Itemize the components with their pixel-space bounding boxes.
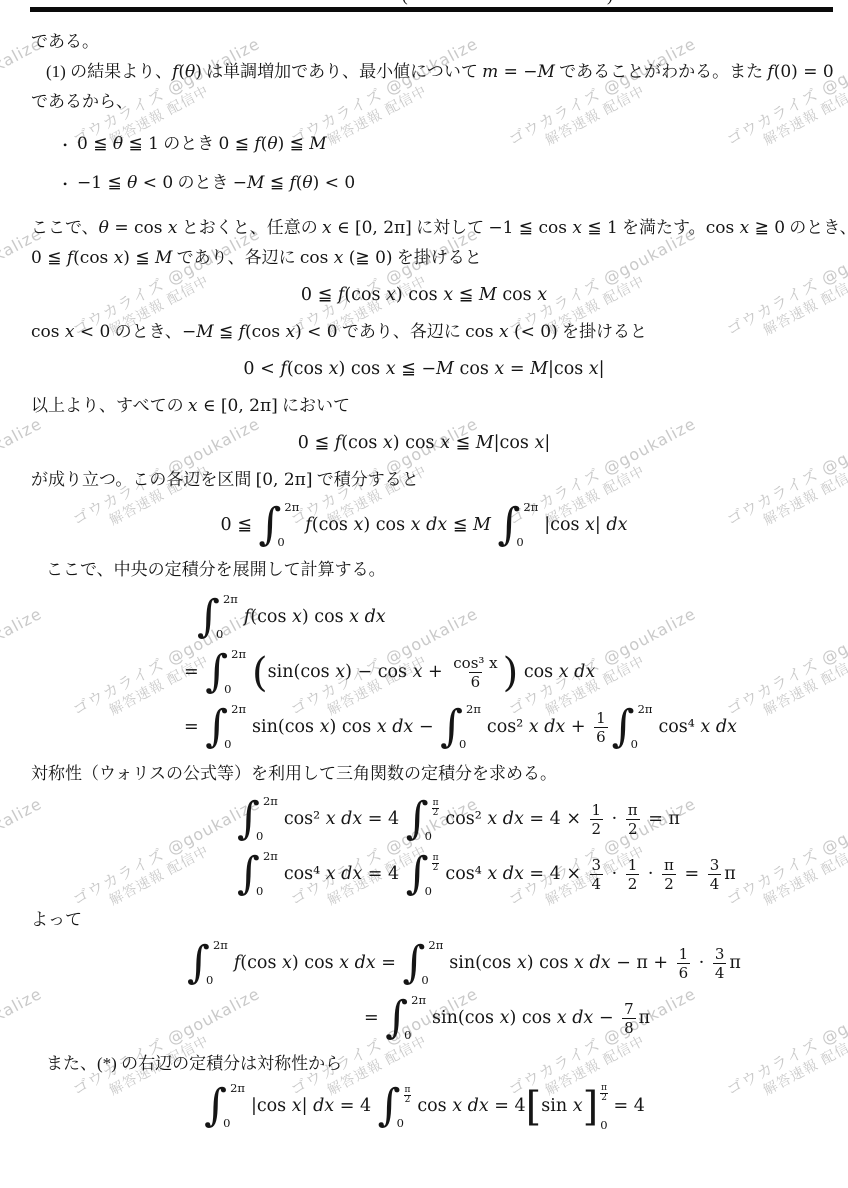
math-variable: M bbox=[155, 248, 172, 268]
math-variable: x bbox=[700, 717, 710, 737]
math-variable: x bbox=[168, 218, 178, 238]
paragraph: である。 bbox=[31, 27, 848, 57]
integral-limit: 0 bbox=[256, 831, 263, 843]
japanese-text: 以上より、すべての bbox=[31, 396, 188, 415]
math-text: ≦ bbox=[447, 515, 473, 535]
integral: ∫2π0 bbox=[258, 501, 303, 549]
math-text: ≦ bbox=[450, 433, 476, 453]
math-text: 0 ≦ bbox=[31, 248, 67, 268]
math-text: cos bbox=[417, 1096, 452, 1116]
math-variable: x bbox=[335, 662, 345, 682]
fraction-denominator: 2 bbox=[662, 874, 676, 893]
integral-limit: 0 bbox=[600, 1120, 608, 1132]
math-variable: x bbox=[537, 285, 547, 305]
mini-fraction-numerator: π bbox=[433, 799, 439, 808]
math-variable: x bbox=[322, 218, 332, 238]
paragraph: (1) の結果より、f(θ) は単調増加であり、最小値について m = −M で… bbox=[46, 57, 848, 87]
integral: ∫π20 bbox=[406, 795, 444, 843]
fraction-denominator: 2 bbox=[626, 874, 640, 893]
equation-line: = ∫2π0sin(cos x) cos x dx − ∫2π0cos² x d… bbox=[0, 703, 848, 751]
equation-line: ∫2π0f(cos x) cos x dx = ∫2π0sin(cos x) c… bbox=[0, 939, 848, 987]
fraction: 12 bbox=[590, 801, 604, 838]
japanese-text: であるから、 bbox=[31, 92, 133, 111]
integral-limits: π20 bbox=[430, 796, 440, 843]
fraction: 16 bbox=[677, 945, 691, 982]
integral-limit: 0 bbox=[425, 886, 432, 898]
mini-fraction-denominator: 2 bbox=[404, 1095, 412, 1105]
japanese-text: のとき bbox=[159, 134, 219, 153]
math-text: sin(cos bbox=[268, 662, 336, 682]
math-text: cos bbox=[497, 285, 537, 305]
math-text: ≦ 1 bbox=[123, 134, 159, 154]
math-variable: dx bbox=[313, 1096, 334, 1116]
math-variable: dx bbox=[359, 607, 386, 627]
equation-row: 0 < f(cos x) cos x ≦ −M cos x = M|cos x| bbox=[243, 359, 604, 379]
math-text: | bbox=[599, 359, 605, 379]
math-variable: x bbox=[529, 717, 539, 737]
math-variable: dx bbox=[462, 1096, 489, 1116]
integral-limit: 2π bbox=[523, 502, 538, 514]
math-text: + bbox=[422, 662, 448, 682]
math-text: ∈ [0, 2π] bbox=[332, 218, 412, 238]
math-variable: dx bbox=[421, 515, 448, 535]
math-text: = 4 × bbox=[524, 809, 587, 829]
equation-centered: 0 ≦ f(cos x) cos x ≦ M cos x bbox=[0, 285, 848, 305]
math-text: |cos bbox=[494, 433, 535, 453]
math-text: ≦ bbox=[453, 285, 479, 305]
math-text: ) ≦ bbox=[123, 248, 155, 268]
fraction: 12 bbox=[626, 856, 640, 893]
integral-limit: 0 bbox=[631, 739, 638, 751]
math-text: = 4 bbox=[489, 1096, 526, 1116]
math-text: · bbox=[642, 864, 659, 884]
math-text: = π bbox=[643, 809, 680, 829]
paragraph: また、(*) の右辺の定積分は対称性から bbox=[46, 1049, 848, 1079]
math-variable: θ bbox=[113, 134, 123, 154]
paragraph: であるから、 bbox=[31, 87, 848, 117]
fraction-numerator: 1 bbox=[594, 709, 608, 727]
math-text: · bbox=[606, 809, 623, 829]
fraction-numerator: 1 bbox=[626, 856, 640, 874]
math-text: ) ≦ bbox=[278, 134, 310, 154]
math-variable: x bbox=[320, 717, 330, 737]
math-text: = 4 × bbox=[524, 864, 587, 884]
integral-limit: π2 bbox=[432, 796, 440, 819]
mini-fraction-numerator: π bbox=[601, 1084, 607, 1093]
math-variable: x bbox=[440, 433, 450, 453]
math-variable: x bbox=[114, 248, 124, 268]
math-text: 0 ≦ bbox=[298, 433, 335, 453]
integral-limit: 0 bbox=[421, 975, 428, 987]
mini-fraction-denominator: 2 bbox=[432, 808, 440, 818]
japanese-text: ここで、 bbox=[31, 218, 99, 237]
math-variable: θ bbox=[302, 173, 312, 193]
math-text: ) cos bbox=[396, 285, 443, 305]
integral-limit: 2π bbox=[231, 649, 246, 661]
integral-limits: 2π0 bbox=[211, 940, 228, 987]
equation-group: ∫2π0f(cos x) cos x dx = ∫2π0sin(cos x) c… bbox=[0, 939, 848, 1042]
math-text: 0 ≦ bbox=[77, 134, 113, 154]
integral-limits: 2π0 bbox=[464, 704, 481, 751]
math-variable: x bbox=[574, 953, 584, 973]
evaluation-limits: π20 bbox=[600, 1081, 608, 1131]
math-text: ) cos bbox=[527, 953, 574, 973]
math-variable: θ bbox=[99, 218, 109, 238]
japanese-text: のとき、 bbox=[785, 218, 848, 237]
math-variable: x bbox=[292, 607, 302, 627]
integral-limit: 0 bbox=[404, 1030, 411, 1042]
math-variable: dx bbox=[497, 809, 524, 829]
math-text: (0) = 0 bbox=[774, 62, 834, 82]
math-variable: x bbox=[559, 662, 569, 682]
math-text: ) < 0 bbox=[295, 322, 338, 342]
math-text: |cos bbox=[251, 1096, 292, 1116]
paragraph: 対称性（ウォリスの公式等）を利用して三角関数の定積分を求める。 bbox=[31, 759, 848, 789]
math-text: − bbox=[233, 173, 247, 193]
math-variable: M bbox=[247, 173, 264, 193]
equation-row: ∫2π0f(cos x) cos x dx bbox=[196, 593, 386, 641]
fraction-denominator: 2 bbox=[626, 819, 640, 838]
math-text: (cos bbox=[73, 248, 114, 268]
math-variable: x bbox=[573, 1096, 583, 1116]
math-text: (cos bbox=[245, 322, 286, 342]
integral-limit: 2π bbox=[428, 940, 443, 952]
equation-line: ∫2π0cos⁴ x dx = 4 ∫π20cos⁴ x dx = 4 × 34… bbox=[0, 850, 848, 898]
mini-fraction-numerator: π bbox=[405, 1086, 411, 1095]
math-variable: x bbox=[292, 1096, 302, 1116]
japanese-text: であることがわかる。また bbox=[555, 62, 768, 81]
math-variable: x bbox=[334, 248, 344, 268]
bullet-list: •0 ≦ θ ≦ 1 のとき 0 ≦ f(θ) ≦ M•−1 ≦ θ < 0 の… bbox=[63, 129, 848, 199]
equation-row: 0 ≦ ∫2π0f(cos x) cos x dx ≦ M ∫2π0|cos x… bbox=[221, 501, 628, 549]
fraction: π2 bbox=[662, 856, 676, 893]
math-text: ≦ 1 bbox=[582, 218, 618, 238]
math-text: cos bbox=[31, 322, 65, 342]
math-text: −1 ≦ bbox=[77, 173, 127, 193]
math-variable: x bbox=[487, 809, 497, 829]
math-variable: M bbox=[476, 433, 494, 453]
math-text: sin(cos bbox=[449, 953, 517, 973]
integral-limits: 2π0 bbox=[282, 502, 299, 549]
math-text: ) cos bbox=[302, 607, 349, 627]
math-text: = 4 bbox=[362, 864, 405, 884]
integral: ∫2π0 bbox=[204, 1082, 249, 1130]
fraction-numerator: 1 bbox=[590, 801, 604, 819]
math-variable: x bbox=[353, 515, 363, 535]
integral-limit: 0 bbox=[224, 684, 231, 696]
math-variable: x bbox=[282, 953, 292, 973]
math-text: (cos bbox=[287, 359, 329, 379]
fraction: 34 bbox=[708, 856, 722, 893]
integral-limits: 2π0 bbox=[229, 649, 246, 696]
bullet-text: −1 ≦ θ < 0 のとき −M ≦ f(θ) < 0 bbox=[77, 168, 355, 198]
japanese-text: のとき bbox=[173, 173, 233, 192]
math-variable: x bbox=[326, 864, 336, 884]
paragraph: cos x < 0 のとき、−M ≦ f(cos x) < 0 であり、各辺に … bbox=[31, 317, 848, 347]
japanese-text: また、(*) の右辺の定積分は対称性から bbox=[46, 1054, 342, 1073]
paragraph: ここで、θ = cos x とおくと、任意の x ∈ [0, 2π] に対して … bbox=[31, 213, 848, 243]
bullet-item: •−1 ≦ θ < 0 のとき −M ≦ f(θ) < 0 bbox=[63, 168, 848, 199]
mini-fraction-denominator: 2 bbox=[432, 863, 440, 873]
paragraph: が成り立つ。この各辺を区間 [0, 2π] で積分すると bbox=[31, 465, 848, 495]
equation-row: = ∫2π0sin(cos x) cos x dx − ∫2π0cos² x d… bbox=[184, 703, 737, 751]
math-variable: x bbox=[443, 285, 453, 305]
japanese-text: 対称性（ウォリスの公式等）を利用して三角関数の定積分を求める。 bbox=[31, 764, 557, 783]
math-text: cos⁴ bbox=[284, 864, 326, 884]
integral-limit: 0 bbox=[397, 1118, 404, 1130]
equation-centered: 0 ≦ f(cos x) cos x ≦ M|cos x| bbox=[0, 433, 848, 453]
equation-centered: ∫2π0|cos x| dx = 4 ∫π20cos x dx = 4[sin … bbox=[0, 1081, 848, 1131]
math-variable: x bbox=[377, 717, 387, 737]
math-variable: x bbox=[383, 433, 393, 453]
integral-limit: 0 bbox=[224, 739, 231, 751]
japanese-text: よって bbox=[31, 910, 82, 929]
math-variable: x bbox=[487, 864, 497, 884]
paragraph: ここで、中央の定積分を展開して計算する。 bbox=[46, 555, 848, 585]
math-variable: x bbox=[188, 396, 198, 416]
math-text: cos bbox=[465, 322, 499, 342]
integral-limit: π2 bbox=[404, 1083, 412, 1106]
integral: ∫2π0 bbox=[612, 703, 657, 751]
integral-limits: 2π0 bbox=[229, 704, 246, 751]
math-variable: M bbox=[309, 134, 326, 154]
math-variable: x bbox=[339, 953, 349, 973]
fraction-numerator: cos³ x bbox=[451, 654, 499, 672]
math-text: ) < 0 bbox=[313, 173, 356, 193]
equation-row: ∫2π0cos⁴ x dx = 4 ∫π20cos⁴ x dx = 4 × 34… bbox=[236, 850, 736, 898]
math-text: ∈ [0, 2π] bbox=[198, 396, 278, 416]
math-variable: dx bbox=[497, 864, 524, 884]
math-variable: x bbox=[411, 515, 421, 535]
math-variable: x bbox=[286, 322, 296, 342]
japanese-text: に対して bbox=[412, 218, 489, 237]
equation-row: ∫2π0f(cos x) cos x dx = ∫2π0sin(cos x) c… bbox=[186, 939, 741, 987]
fraction-numerator: 7 bbox=[622, 1000, 636, 1018]
fraction-denominator: 4 bbox=[708, 874, 722, 893]
equation-row: ∫2π0cos² x dx = 4 ∫π20cos² x dx = 4 × 12… bbox=[236, 795, 680, 843]
japanese-text: である。 bbox=[31, 32, 99, 51]
integral: ∫2π0 bbox=[237, 795, 282, 843]
math-variable: dx bbox=[336, 809, 363, 829]
fraction: 78 bbox=[622, 1000, 636, 1037]
math-variable: x bbox=[386, 285, 396, 305]
math-text: ) bbox=[195, 62, 202, 82]
math-text: sin bbox=[541, 1096, 572, 1116]
math-variable: x bbox=[326, 809, 336, 829]
math-text: < 0 bbox=[137, 173, 173, 193]
integral: ∫2π0 bbox=[385, 994, 430, 1042]
math-variable: x bbox=[589, 359, 599, 379]
math-text: cos bbox=[518, 662, 558, 682]
fraction: π2 bbox=[626, 801, 640, 838]
mini-fraction-numerator: π bbox=[433, 854, 439, 863]
math-variable: dx bbox=[606, 515, 627, 535]
integral-limit: 0 bbox=[425, 831, 432, 843]
math-variable: θ bbox=[267, 134, 277, 154]
integral: ∫2π0 bbox=[205, 648, 250, 696]
math-text: ) cos bbox=[338, 359, 385, 379]
math-variable: x bbox=[557, 1008, 567, 1028]
math-text: cos² bbox=[284, 809, 326, 829]
fraction-denominator: 6 bbox=[469, 672, 483, 691]
japanese-text: において bbox=[278, 396, 350, 415]
equation-row: = ∫2π0sin(cos x) cos x dx − 78π bbox=[364, 994, 650, 1042]
fraction-denominator: 2 bbox=[590, 819, 604, 838]
fraction: 34 bbox=[590, 856, 604, 893]
integral-limit: 2π bbox=[213, 940, 228, 952]
math-variable: θ bbox=[185, 62, 195, 82]
japanese-text: であり、各辺に bbox=[338, 322, 466, 341]
math-variable: dx bbox=[710, 717, 737, 737]
math-variable: x bbox=[494, 359, 504, 379]
equation-group: ∫2π0cos² x dx = 4 ∫π20cos² x dx = 4 × 12… bbox=[0, 795, 848, 898]
math-text: · bbox=[693, 953, 710, 973]
math-text: (cos bbox=[250, 607, 292, 627]
equation-centered: 0 < f(cos x) cos x ≦ −M cos x = M|cos x| bbox=[0, 359, 848, 379]
math-text: |cos bbox=[544, 515, 585, 535]
equation-line: ∫2π0f(cos x) cos x dx bbox=[0, 593, 848, 641]
math-variable: m bbox=[482, 62, 498, 82]
mini-fraction: π2 bbox=[432, 854, 440, 874]
equation-row: 0 ≦ f(cos x) cos x ≦ M cos x bbox=[301, 285, 547, 305]
integral-limit: 0 bbox=[223, 1118, 230, 1130]
integral-limit: 0 bbox=[216, 629, 223, 641]
fraction: 16 bbox=[594, 709, 608, 746]
math-text: ≧ 0 bbox=[749, 218, 785, 238]
integral-limit: 0 bbox=[206, 975, 213, 987]
integral-limit: 0 bbox=[459, 739, 466, 751]
paragraph: よって bbox=[31, 905, 848, 935]
bullet-text: 0 ≦ θ ≦ 1 のとき 0 ≦ f(θ) ≦ M bbox=[77, 129, 327, 159]
math-text: = bbox=[184, 662, 204, 682]
japanese-text: (1) の結果より、 bbox=[46, 62, 172, 81]
integral-limit: 2π bbox=[223, 594, 238, 606]
math-text: π bbox=[729, 953, 741, 973]
integral-limits: 2π0 bbox=[409, 995, 426, 1042]
math-text: = bbox=[679, 864, 705, 884]
math-variable: dx bbox=[349, 953, 376, 973]
integral-limit: π2 bbox=[432, 851, 440, 874]
integral-limit: 0 bbox=[256, 886, 263, 898]
integral-limit: 2π bbox=[466, 704, 481, 716]
fraction-denominator: 6 bbox=[594, 727, 608, 746]
math-text: cos⁴ bbox=[658, 717, 700, 737]
equation-centered: 0 ≦ ∫2π0f(cos x) cos x dx ≦ M ∫2π0|cos x… bbox=[0, 501, 848, 549]
fraction-numerator: 3 bbox=[708, 856, 722, 874]
integral: ∫π20 bbox=[406, 850, 444, 898]
integral-limits: π20 bbox=[430, 851, 440, 898]
math-text: | bbox=[595, 515, 606, 535]
japanese-text: であり、各辺に bbox=[172, 248, 300, 267]
math-variable: M bbox=[196, 322, 213, 342]
integral-limit: 2π bbox=[263, 851, 278, 863]
math-text: (cos bbox=[344, 285, 386, 305]
paragraph: 0 ≦ f(cos x) ≦ M であり、各辺に cos x (≧ 0) を掛け… bbox=[31, 243, 848, 273]
equation-row: ∫2π0|cos x| dx = 4 ∫π20cos x dx = 4[sin … bbox=[203, 1081, 645, 1131]
fraction-denominator: 8 bbox=[622, 1018, 636, 1037]
math-text: sin(cos bbox=[252, 717, 320, 737]
integral: ∫2π0 bbox=[187, 939, 232, 987]
math-text: − bbox=[593, 1008, 619, 1028]
math-text: 0 ≦ bbox=[221, 515, 258, 535]
math-variable: x bbox=[349, 607, 359, 627]
math-variable: x bbox=[740, 218, 750, 238]
math-text: π bbox=[724, 864, 736, 884]
math-text: = bbox=[184, 717, 204, 737]
math-text: −1 ≦ cos bbox=[488, 218, 572, 238]
math-text: = 4 bbox=[334, 1096, 377, 1116]
math-text: (cos bbox=[312, 515, 354, 535]
math-text: = 4 bbox=[362, 809, 405, 829]
japanese-text: を掛けると bbox=[558, 322, 647, 341]
math-variable: dx bbox=[539, 717, 566, 737]
equation-row: = ∫2π0(sin(cos x) − cos x + cos³ x6) cos… bbox=[184, 648, 595, 696]
integral-limits: 2π0 bbox=[521, 502, 538, 549]
math-text: ) cos bbox=[292, 953, 339, 973]
integral: ∫2π0 bbox=[205, 703, 250, 751]
math-text: 0 ≦ bbox=[301, 285, 338, 305]
mini-fraction: π2 bbox=[404, 1086, 412, 1106]
equation-line: ∫2π0cos² x dx = 4 ∫π20cos² x dx = 4 × 12… bbox=[0, 795, 848, 843]
math-text: − π + bbox=[611, 953, 674, 973]
japanese-text: ここで、中央の定積分を展開して計算する。 bbox=[46, 560, 386, 579]
math-variable: x bbox=[329, 359, 339, 379]
math-text: |cos bbox=[548, 359, 589, 379]
fraction-denominator: 6 bbox=[677, 963, 691, 982]
fraction-numerator: 1 bbox=[677, 945, 691, 963]
integral-limit: 0 bbox=[516, 537, 523, 549]
math-text: cos bbox=[454, 359, 494, 379]
math-text: | bbox=[302, 1096, 313, 1116]
math-text: ) cos bbox=[363, 515, 410, 535]
math-variable: x bbox=[517, 953, 527, 973]
math-text: ) cos bbox=[509, 1008, 556, 1028]
math-text: = bbox=[504, 359, 530, 379]
math-variable: dx bbox=[569, 662, 596, 682]
bullet-icon: • bbox=[63, 169, 77, 199]
integral-limits: 2π0 bbox=[221, 594, 238, 641]
integral-limits: 2π0 bbox=[261, 796, 278, 843]
math-text: (< 0) bbox=[509, 322, 558, 342]
japanese-text: が成り立つ。この各辺を区間 bbox=[31, 470, 256, 489]
math-variable: x bbox=[413, 662, 423, 682]
integral-limit: 2π bbox=[263, 796, 278, 808]
math-text: − bbox=[413, 717, 439, 737]
fraction: 34 bbox=[713, 945, 727, 982]
math-variable: M bbox=[530, 359, 548, 379]
math-text: (cos bbox=[240, 953, 282, 973]
math-variable: dx bbox=[584, 953, 611, 973]
integral-limit: 2π bbox=[231, 704, 246, 716]
math-variable: M bbox=[538, 62, 555, 82]
integral-limit: 2π bbox=[411, 995, 426, 1007]
math-variable: x bbox=[534, 433, 544, 453]
math-text: [0, 2π] bbox=[256, 470, 313, 490]
integral-limit: π2 bbox=[600, 1081, 608, 1104]
fraction-denominator: 4 bbox=[590, 874, 604, 893]
math-text: | bbox=[544, 433, 550, 453]
math-text: ) cos bbox=[329, 717, 376, 737]
equation-line: = ∫2π0sin(cos x) cos x dx − 78π bbox=[0, 994, 848, 1042]
math-text: 0 ≦ bbox=[219, 134, 255, 154]
math-text: + bbox=[565, 717, 591, 737]
integral: ∫2π0 bbox=[237, 850, 282, 898]
math-text: = bbox=[376, 953, 402, 973]
math-text: cos² bbox=[445, 809, 487, 829]
math-variable: x bbox=[500, 1008, 510, 1028]
integral-limit: 0 bbox=[277, 537, 284, 549]
equation-group: ∫2π0f(cos x) cos x dx= ∫2π0(sin(cos x) −… bbox=[0, 593, 848, 751]
